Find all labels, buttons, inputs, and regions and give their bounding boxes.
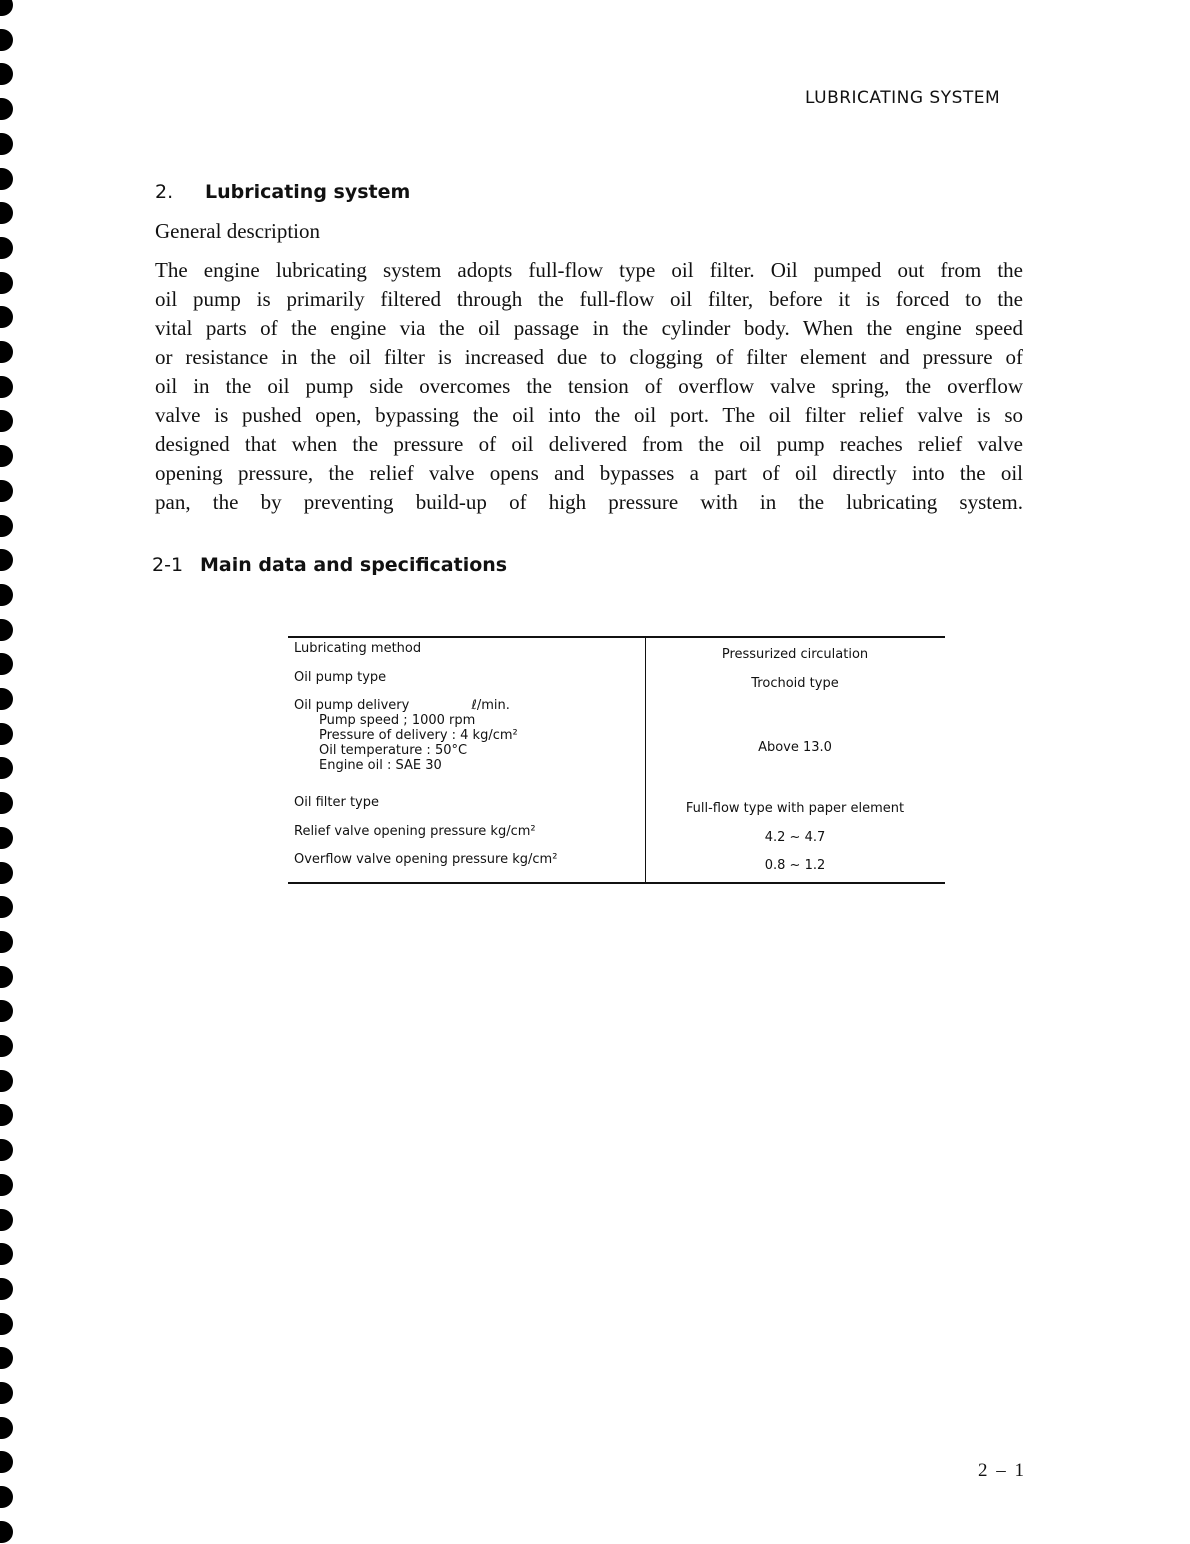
punch-hole	[0, 1278, 13, 1300]
punch-hole	[0, 1313, 13, 1335]
section-number: 2.	[155, 181, 205, 203]
punch-hole	[0, 202, 13, 224]
body-line: designed that when the pressure of oil d…	[155, 430, 1023, 459]
punch-hole	[0, 1174, 13, 1196]
punch-hole	[0, 480, 13, 502]
detail-line: Engine oil : SAE 30	[319, 758, 518, 773]
subsection-number: 2-1	[152, 554, 200, 576]
punch-hole	[0, 653, 13, 675]
punch-hole	[0, 410, 13, 432]
row-unit: ℓ/min.	[471, 698, 509, 713]
punch-hole	[0, 896, 13, 918]
row-label: Overflow valve opening pressure kg/cm²	[294, 852, 557, 867]
table-top-rule	[288, 636, 945, 638]
page-number: 2 – 1	[978, 1460, 1026, 1482]
punch-hole	[0, 1417, 13, 1439]
row-value: Full-flow type with paper element	[645, 801, 945, 816]
punch-hole	[0, 376, 13, 398]
punch-hole	[0, 723, 13, 745]
row-label: Relief valve opening pressure kg/cm²	[294, 824, 536, 839]
punch-hole	[0, 1070, 13, 1092]
punch-hole	[0, 341, 13, 363]
body-paragraph: The engine lubricating system adopts ful…	[155, 256, 1023, 517]
detail-line: Pump speed ; 1000 rpm	[319, 713, 518, 728]
punch-hole	[0, 1104, 13, 1126]
punch-hole	[0, 792, 13, 814]
punch-hole	[0, 1209, 13, 1231]
table-bottom-rule	[288, 882, 945, 884]
punch-hole	[0, 1521, 13, 1543]
row-value: Pressurized circulation	[645, 647, 945, 662]
punch-hole	[0, 757, 13, 779]
punch-hole	[0, 1451, 13, 1473]
punch-hole	[0, 29, 13, 51]
subsection-title-text: Main data and specifications	[200, 554, 507, 576]
body-line: opening pressure, the relief valve opens…	[155, 459, 1023, 488]
punch-hole	[0, 1000, 13, 1022]
section-title: 2.Lubricating system	[155, 181, 410, 203]
punch-hole	[0, 272, 13, 294]
punch-hole	[0, 0, 13, 16]
row-label-text: Oil pump delivery	[294, 698, 409, 713]
row-value: 0.8 ~ 1.2	[645, 858, 945, 873]
punch-hole	[0, 133, 13, 155]
row-value: 4.2 ~ 4.7	[645, 830, 945, 845]
punch-hole	[0, 63, 13, 85]
punch-hole	[0, 619, 13, 641]
subsection-title: 2-1Main data and specifications	[152, 554, 507, 576]
body-line: oil pump is primarily filtered through t…	[155, 285, 1023, 314]
punch-hole	[0, 688, 13, 710]
detail-line: Oil temperature : 50°C	[319, 743, 518, 758]
subheading: General description	[155, 219, 320, 244]
row-value: Trochoid type	[645, 676, 945, 691]
body-line: or resistance in the oil filter is incre…	[155, 343, 1023, 372]
punch-hole	[0, 966, 13, 988]
punch-hole	[0, 549, 13, 571]
row-label: Oil pump type	[294, 670, 386, 685]
table-column-divider	[645, 638, 646, 882]
body-line: oil in the oil pump side overcomes the t…	[155, 372, 1023, 401]
body-line: vital parts of the engine via the oil pa…	[155, 314, 1023, 343]
row-label: Lubricating method	[294, 641, 421, 656]
binder-punch-holes	[0, 0, 20, 1544]
punch-hole	[0, 584, 13, 606]
punch-hole	[0, 931, 13, 953]
row-details: Pump speed ; 1000 rpm Pressure of delive…	[319, 713, 518, 773]
row-value: Above 13.0	[645, 740, 945, 755]
detail-line: Pressure of delivery : 4 kg/cm²	[319, 728, 518, 743]
punch-hole	[0, 98, 13, 120]
body-line: The engine lubricating system adopts ful…	[155, 256, 1023, 285]
punch-hole	[0, 1347, 13, 1369]
punch-hole	[0, 1139, 13, 1161]
body-line: pan, the by preventing build-up of high …	[155, 488, 1023, 517]
punch-hole	[0, 1382, 13, 1404]
punch-hole	[0, 1243, 13, 1265]
punch-hole	[0, 237, 13, 259]
section-title-text: Lubricating system	[205, 181, 410, 203]
punch-hole	[0, 1035, 13, 1057]
punch-hole	[0, 168, 13, 190]
running-head: LUBRICATING SYSTEM	[805, 88, 1000, 108]
punch-hole	[0, 515, 13, 537]
punch-hole	[0, 1486, 13, 1508]
body-line: valve is pushed open, bypassing the oil …	[155, 401, 1023, 430]
punch-hole	[0, 445, 13, 467]
punch-hole	[0, 827, 13, 849]
punch-hole	[0, 306, 13, 328]
row-label: Oil filter type	[294, 795, 379, 810]
punch-hole	[0, 862, 13, 884]
row-label: Oil pump delivery ℓ/min. Pump speed ; 10…	[294, 698, 518, 773]
